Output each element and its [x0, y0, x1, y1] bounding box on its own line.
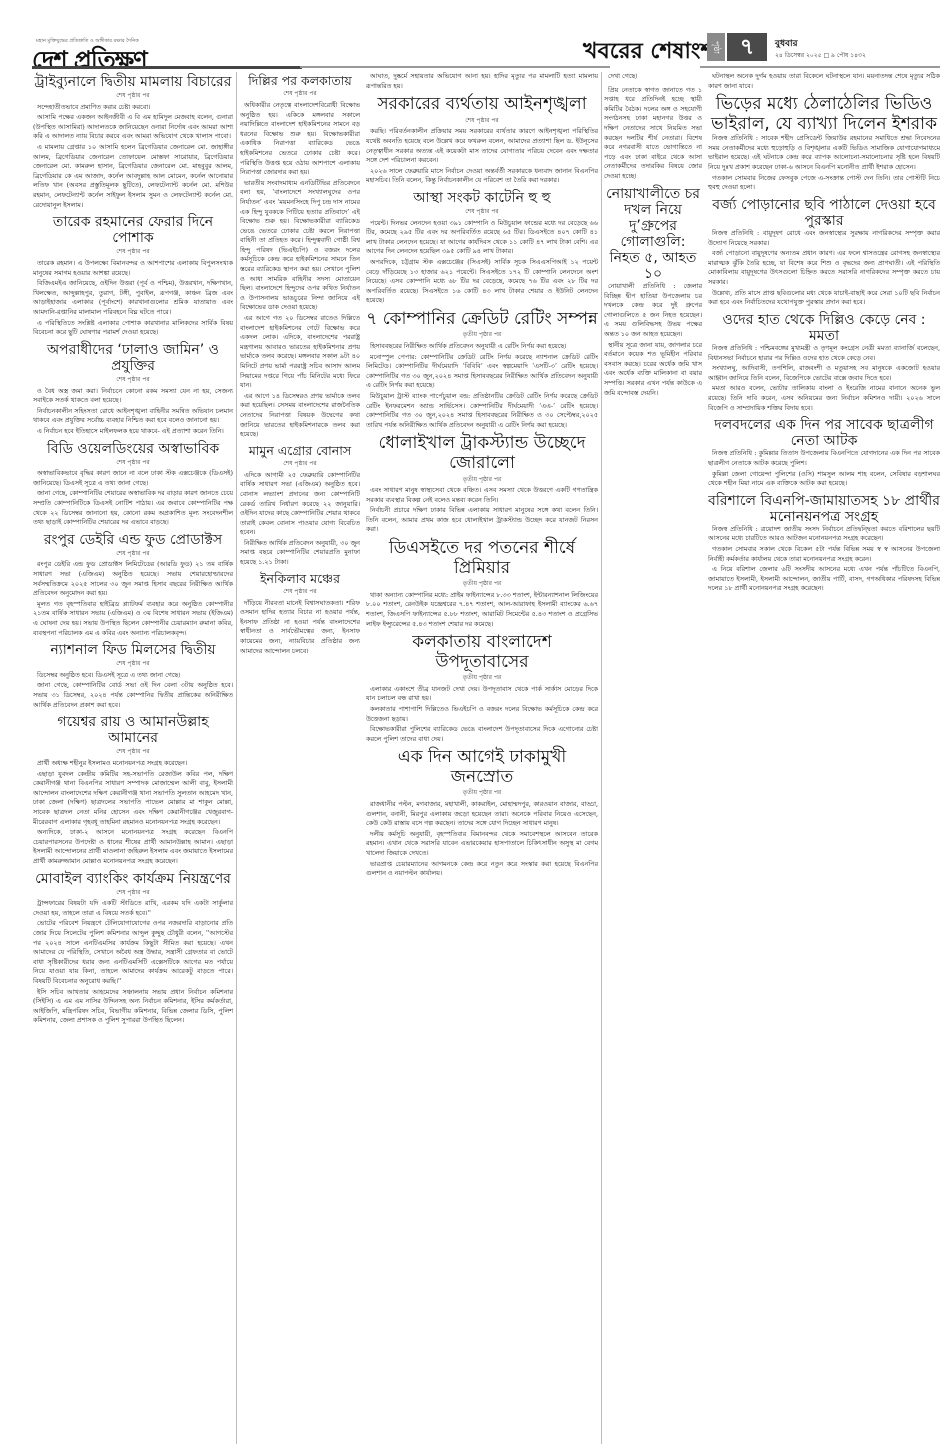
article-headline[interactable]: বরিশালে বিএনপি-জামায়াতসহ ১৮ প্রার্থীর ম… — [708, 493, 940, 525]
article-paragraph: অন্যদিকে, ঢাকা-২ আসনে মনোনয়নপত্র সংগ্রহ… — [33, 828, 233, 866]
column-5: ঘটনাস্থল অনেক দুর্গম হওয়ায় তারা বিকেলে… — [708, 72, 940, 1444]
article-paragraph: মিউচুয়াল ট্রাস্ট ব্যাংক পার্পেচুয়াল বন… — [366, 392, 598, 430]
continued-from-label: শেষ পৃষ্ঠার পর — [33, 747, 233, 757]
article-paragraph: সন্দেহাতীতভাবে প্রমাণিত করার চেষ্টা করবো… — [33, 103, 233, 113]
continued-from-label: শেষ পৃষ্ঠার পর — [33, 549, 233, 559]
article-paragraph: রাজধানীর পল্টন, মগবাজার, মহাখালী, কাকরাই… — [366, 800, 598, 829]
article-headline[interactable]: ট্রাইব্যুনালে দ্বিতীয় মামলায় বিচারের — [33, 74, 233, 90]
article-headline[interactable]: ভিড়ের মধ্যে ঠেলাঠেলির ভিডিও ভাইরাল, যে … — [708, 95, 940, 134]
continued-from-label: তৃতীয় পৃষ্ঠার পর — [366, 475, 598, 485]
article-paragraph: বিক্ষোভকারীরা পুলিশের ব্যারিকেড ভেঙে বাং… — [366, 725, 598, 744]
article-paragraph: এছাড়া যুবদল কেন্দ্রীয় কমিটির সহ-সভাপতি… — [33, 770, 233, 828]
article-paragraph: মনোস্পুল পেপার: কোম্পানিটির ক্রেডিট রেটি… — [366, 353, 598, 391]
issue-date: ২৪ ডিসেম্বর ২০২৫ □ ৯ পৌষ ১৪৩২ — [775, 50, 866, 61]
article-paragraph: প্রার্থী অধ্যক্ষ শহীনুর ইসলামও মনোনয়নপত… — [33, 759, 233, 769]
article-headline[interactable]: আস্থা সংকট কাটেনি হু হু — [366, 190, 598, 206]
masthead: মহান মুক্তিযুদ্ধের প্রতিশ্রুতি ও অঙ্গীকা… — [0, 0, 945, 62]
news-article: বিডি ওয়েলডিংয়ের অস্বাভাবিকশেষ পৃষ্ঠার … — [33, 441, 233, 528]
news-article: ধোলাইখাল ট্রাকস্ট্যান্ড উচ্ছেদে জোরালোতৃ… — [366, 434, 598, 535]
continued-from-label: শেষ পৃষ্ঠার পর — [33, 659, 233, 669]
article-paragraph: অধিকারীর নেতৃত্বে বাংলাদেশবিরোধী বিক্ষোভ… — [240, 101, 360, 178]
article-paragraph: নিজস্ব প্রতিনিধি : পশ্চিমবঙ্গের মুখ্যমন্… — [708, 344, 940, 363]
news-article: ইনকিলাব মঞ্চেরশেষ পৃষ্ঠার পরদাঁড়িয়ে নী… — [240, 572, 360, 657]
article-paragraph: নোয়াখালী প্রতিনিধি : জেলার বিচ্ছিন্ন দ্… — [604, 282, 702, 340]
continued-from-label: তৃতীয় পৃষ্ঠার পর — [366, 788, 598, 798]
article-headline[interactable]: ওদের হাত থেকে দিল্লিও কেড়ে নেব : মমতা — [708, 312, 940, 344]
news-article: বর্জ্য পোড়ানোর ছবি পাঠালে দেওয়া হবে পু… — [708, 197, 940, 308]
header-rule-mid — [300, 66, 610, 68]
article-headline[interactable]: দিল্লির পর কলকাতায় — [240, 74, 360, 88]
article-paragraph: এর আগে গত ২০ ডিসেম্বর রাতেও দিল্লিতে বাং… — [240, 314, 360, 391]
article-carryover-text: ঘটনাস্থল অনেক দুর্গম হওয়ায় তারা বিকেলে… — [708, 72, 940, 91]
article-paragraph: এর আগে ১৪ ডিসেম্বরও প্রণয় ভার্মাকে তলব … — [240, 392, 360, 440]
article-paragraph: সংখ্যালঘু, আদিবাসী, তপশিলি, রাজবংশী ও মত… — [708, 364, 940, 383]
article-paragraph: ভোটের পরিবেশ নিয়ন্ত্রণে টেলিযোগাযোগের ও… — [33, 919, 233, 986]
article-paragraph: জানা গেছে, কোম্পানিটির বোর্ড সভা ওই দিন … — [33, 681, 233, 710]
article-paragraph: এ নিয়ে বরিশাল জেলার ৬টি সংসদীয় আসনের ম… — [708, 565, 940, 594]
article-headline[interactable]: ৭ কোম্পানির ক্রেডিট রেটিং সম্পন্ন — [366, 310, 598, 330]
news-article: ঘটনাস্থল অনেক দুর্গম হওয়ায় তারা বিকেলে… — [708, 72, 940, 91]
continued-from-label: শেষ পৃষ্ঠার পর — [240, 459, 360, 469]
news-article: আস্থা সংকট কাটেনি হু হুশেষ পৃষ্ঠার পরপয়… — [366, 190, 598, 306]
column-3: আঘাত, দুষ্কর্মে সহায়তার অভিযোগ আনা হয়।… — [366, 72, 598, 1444]
news-article: ট্রাইব্যুনালে দ্বিতীয় মামলায় বিচারেরশে… — [33, 74, 233, 210]
continued-from-label: শেষ পৃষ্ঠার পর — [240, 89, 360, 99]
article-headline[interactable]: বর্জ্য পোড়ানোর ছবি পাঠালে দেওয়া হবে পু… — [708, 197, 940, 229]
article-paragraph: নির্বাচনকালীন সহিংসতা রোধে আইনশৃঙ্খলা বা… — [33, 407, 233, 426]
article-headline[interactable]: বিডি ওয়েলডিংয়ের অস্বাভাবিক — [33, 441, 233, 457]
article-headline[interactable]: রংপুর ডেইরি এন্ড ফুড প্রোডাক্টস — [33, 532, 233, 548]
article-headline[interactable]: মামুন এগ্রোর বোনাস — [240, 444, 360, 458]
header-rule-left — [32, 66, 302, 69]
page-number: ৭ — [727, 33, 767, 61]
article-headline[interactable]: কলকাতায় বাংলাদেশ উপদূতাবাসের — [366, 633, 598, 672]
continued-from-label: তৃতীয় পৃষ্ঠার পর — [366, 579, 598, 589]
header-rule-right — [700, 66, 940, 68]
article-headline[interactable]: ধোলাইখাল ট্রাকস্ট্যান্ড উচ্ছেদে জোরালো — [366, 434, 598, 473]
article-paragraph: নিজস্ব প্রতিনিধি : ত্রয়োদশ জাতীয় সংসদ … — [708, 525, 940, 544]
news-article: তারেক রহমানের ফেরার দিনে পোশাকশেষ পৃষ্ঠা… — [33, 214, 233, 338]
continued-from-label: শেষ পৃষ্ঠার পর — [33, 91, 233, 101]
article-paragraph: ডিসেম্বর অনুষ্ঠিত হবে। ডিএসই সূত্রে এ তথ… — [33, 671, 233, 681]
news-article: ৭ কোম্পানির ক্রেডিট রেটিং সম্পন্নতৃতীয় … — [366, 310, 598, 430]
news-article: ডিএসইতে দর পতনের শীর্ষে প্রিমিয়ারতৃতীয়… — [366, 539, 598, 629]
article-paragraph: ট্রান্সফারের বিষয়টা যদি একটি স্টাডিতে র… — [33, 899, 233, 918]
article-paragraph: জানা গেছে, কোম্পানিটির শেয়ারের অস্বাভাব… — [33, 489, 233, 527]
article-paragraph: ২০২৬ সালে ফেব্রুয়ারি মাসে নির্বাচন দেওয… — [366, 167, 598, 186]
article-paragraph: ইসি সচিব আখতার আহমেদের সঞ্চালনায় সভায় … — [33, 988, 233, 1026]
article-paragraph: হিসাববছরের নিরীক্ষিত আর্থিক প্রতিবেদন অন… — [366, 342, 598, 352]
article-paragraph: উল্লেখ্য, প্রতি মাসে প্রাপ্ত ছবিগুলোর মধ… — [708, 289, 940, 308]
article-paragraph: থাকা অন্যান্য কোম্পানির মধ্যে: প্রাইম ফা… — [366, 591, 598, 629]
article-paragraph: এবং সাধারণ মানুষ স্বাস্থ্যসেবা থেকে বঞ্চ… — [366, 486, 598, 505]
article-headline[interactable]: সরকারের ব্যর্থতায় আইনশৃঙ্খলা — [366, 95, 598, 115]
article-paragraph: অস্বাভাবিকভাবে বৃদ্ধির কারণ জানে না বলে … — [33, 469, 233, 488]
article-paragraph: মমতা আরও বলেন, ভোটার তালিকায় বাংলা ও ইং… — [708, 384, 940, 413]
article-paragraph: মূলত গত বৃহস্পতিবার হাইব্রিড প্ল্যাটফর্ম… — [33, 600, 233, 638]
news-article: আঘাত, দুষ্কর্মে সহায়তার অভিযোগ আনা হয়।… — [366, 72, 598, 91]
article-paragraph: দলীয় কর্মসূচি অনুযায়ী, বৃহস্পতিবার বিম… — [366, 830, 598, 859]
article-paragraph: এদিকে আগামী ২৫ ফেব্রুয়ারি কোম্পানিটির ব… — [240, 471, 360, 538]
continued-from-label: তৃতীয় পৃষ্ঠার পর — [366, 330, 598, 340]
article-headline[interactable]: মোবাইল ব্যাংকিং কার্যক্রম নিয়ন্ত্রণের — [33, 871, 233, 887]
continued-from-label: তৃতীয় পৃষ্ঠার পর — [366, 673, 598, 683]
news-article: ভিড়ের মধ্যে ঠেলাঠেলির ভিডিও ভাইরাল, যে … — [708, 95, 940, 193]
article-paragraph: প্রিয় নেতাকে স্বাগত জানাতে গত ১ সপ্তাহ … — [604, 86, 702, 182]
article-carryover-text: দেখা গেছে। — [604, 72, 702, 82]
continued-from-label: শেষ পৃষ্ঠার পর — [366, 116, 598, 126]
article-headline[interactable]: ডিএসইতে দর পতনের শীর্ষে প্রিমিয়ার — [366, 539, 598, 578]
news-article: প্রিয় নেতাকে স্বাগত জানাতে গত ১ সপ্তাহ … — [604, 86, 702, 182]
article-paragraph: নিজস্ব প্রতিনিধি : কুমিল্লার তিতাস উপজেল… — [708, 449, 940, 468]
article-paragraph: রংপুর ডেইরি এন্ড ফুড প্রোডাক্টস লিমিটেডে… — [33, 560, 233, 598]
column-divider — [236, 72, 237, 1444]
news-article: নোয়াখালীতে চর দখল নিয়ে দু’গ্রুপের গোলা… — [604, 186, 702, 399]
continued-from-label: শেষ পৃষ্ঠার পর — [366, 207, 598, 217]
article-paragraph: বিজিএমইএ জানিয়েছে, ওইদিন উত্তরা (পূর্ব … — [33, 279, 233, 317]
news-article: দেখা গেছে। — [604, 72, 702, 82]
continued-from-label: শেষ পৃষ্ঠার পর — [33, 458, 233, 468]
news-article: মোবাইল ব্যাংকিং কার্যক্রম নিয়ন্ত্রণেরশে… — [33, 871, 233, 1026]
continued-from-label: শেষ পৃষ্ঠার পর — [33, 247, 233, 257]
article-headline[interactable]: ন্যাশনাল ফিড মিলসের দ্বিতীয় — [33, 642, 233, 658]
continued-from-label: শেষ পৃষ্ঠার পর — [33, 375, 233, 385]
article-headline[interactable]: দলবদলের এক দিন পর সাবেক ছাত্রলীগ নেতা আট… — [708, 417, 940, 449]
article-paragraph: পয়েন্ট। দিনভর লেনদেন হওয়া ৩৯১ কোম্পানি… — [366, 219, 598, 257]
article-paragraph: অপরদিকে, চট্টগ্রাম স্টক এক্সচেঞ্জের (সিএ… — [366, 258, 598, 306]
news-article: বরিশালে বিএনপি-জামায়াতসহ ১৮ প্রার্থীর ম… — [708, 493, 940, 594]
news-article: গয়েশ্বর রায় ও আমানউল্লাহ আমানেরশেষ পৃষ… — [33, 714, 233, 866]
article-paragraph: আসামি পক্ষের একজন আইনজীবী এ বি এম হামিদু… — [33, 113, 233, 142]
news-article: অপরাধীদের ‘ঢালাও জামিন’ ও প্রযুক্তিরশেষ … — [33, 342, 233, 437]
news-article: দলবদলের এক দিন পর সাবেক ছাত্রলীগ নেতা আট… — [708, 417, 940, 489]
article-paragraph: দাঁড়িয়ে নীরবতা মানেই বিশ্বাসঘাতকতা। শর… — [240, 599, 360, 657]
column-2: দিল্লির পর কলকাতায়শেষ পৃষ্ঠার পরঅধিকারী… — [240, 72, 360, 1444]
article-headline[interactable]: এক দিন আগেই ঢাকামুখী জনস্রোত — [366, 748, 598, 787]
column-4: দেখা গেছে।প্রিয় নেতাকে স্বাগত জানাতে গত… — [604, 72, 702, 1444]
weekday: বুধবার — [775, 36, 798, 51]
article-paragraph: এলাকার একাংশে তীব্র যানজট দেখা দেয়। উপদ… — [366, 685, 598, 704]
article-paragraph: গতকাল সোমবার নিজের ফেসবুক পেজে এ-সংক্রান… — [708, 174, 940, 193]
continued-from-label: শেষ পৃষ্ঠার পর — [33, 888, 233, 898]
column-divider — [601, 72, 602, 1444]
article-paragraph: স্থানীয় সূত্রে জানা যায়, জাগলার চরে বর… — [604, 341, 702, 399]
article-paragraph: ভারপ্রাপ্ত চেয়ারম্যানের আগমনকে কেন্দ্র … — [366, 860, 598, 879]
article-paragraph: এ মামলায় গ্রেপ্তার ১০ আসামি হলেন ব্রিগে… — [33, 143, 233, 210]
article-paragraph: কলকাতার পাশাপাশি দিল্লিতেও ভিএইচপি ও বজর… — [366, 705, 598, 724]
continued-from-label: শেষ পৃষ্ঠার পর — [240, 587, 360, 597]
article-paragraph: বর্জ্য পোড়ানো বায়ুদূষণের অন্যতম প্রধান… — [708, 249, 940, 287]
article-paragraph: ও বৈধ অস্ত্র জমা করা। নির্বাচনে কোনো রকম… — [33, 387, 233, 406]
news-article: এক দিন আগেই ঢাকামুখী জনস্রোততৃতীয় পৃষ্ঠ… — [366, 748, 598, 878]
news-article: কলকাতায় বাংলাদেশ উপদূতাবাসেরতৃতীয় পৃষ্… — [366, 633, 598, 744]
news-article: দিল্লির পর কলকাতায়শেষ পৃষ্ঠার পরঅধিকারী… — [240, 74, 360, 440]
article-headline[interactable]: তারেক রহমানের ফেরার দিনে পোশাক — [33, 214, 233, 246]
article-paragraph: এ নির্বাচন হবে ইতিহাসে মাইলফলক হয়ে থাকব… — [33, 427, 233, 437]
article-paragraph: তারেক রহমান। এ উপলক্ষ্যে বিমানবন্দর ও আশ… — [33, 259, 233, 278]
article-paragraph: করছি। পরিবর্তনকালীন প্রক্রিয়ার সময় সরক… — [366, 127, 598, 165]
article-headline[interactable]: অপরাধীদের ‘ঢালাও জামিন’ ও প্রযুক্তির — [33, 342, 233, 374]
news-article: ন্যাশনাল ফিড মিলসের দ্বিতীয়শেষ পৃষ্ঠার … — [33, 642, 233, 710]
article-headline[interactable]: নোয়াখালীতে চর দখল নিয়ে দু’গ্রুপের গোলা… — [604, 186, 702, 283]
column-1: ট্রাইব্যুনালে দ্বিতীয় মামলায় বিচারেরশে… — [33, 72, 233, 1444]
article-carryover-text: আঘাত, দুষ্কর্মে সহায়তার অভিযোগ আনা হয়।… — [366, 72, 598, 91]
article-paragraph: নির্বাচনী প্রচারে দক্ষিণ ঢাকার বিভিন্ন এ… — [366, 506, 598, 535]
article-paragraph: নিজস্ব প্রতিনিধি : সাবেক শহীদ প্রেসিডেন্… — [708, 134, 940, 172]
article-paragraph: এ পরিস্থিতিতে সংশ্লিষ্ট এলাকার পোশাক কার… — [33, 319, 233, 338]
news-article: সরকারের ব্যর্থতায় আইনশৃঙ্খলাশেষ পৃষ্ঠার… — [366, 95, 598, 186]
article-paragraph: কুমিল্লা জেলা গোয়েন্দা পুলিশের (ওসি) শা… — [708, 470, 940, 489]
article-headline[interactable]: গয়েশ্বর রায় ও আমানউল্লাহ আমানের — [33, 714, 233, 746]
news-article: ওদের হাত থেকে দিল্লিও কেড়ে নেব : মমতানি… — [708, 312, 940, 413]
page-label: পৃষ্ঠা — [707, 33, 725, 61]
article-paragraph: নিরীক্ষিত আর্থিক প্রতিবেদন অনুযায়ী, ৩০ … — [240, 539, 360, 568]
article-headline[interactable]: ইনকিলাব মঞ্চের — [240, 572, 360, 586]
article-paragraph: ভারতীয় সংবাদমাধ্যম এনডিটিভির প্রতিবেদনে… — [240, 179, 360, 313]
article-paragraph: গতকাল সোমবার সকাল থেকে বিকেল ৫টা পর্যন্ত… — [708, 545, 940, 564]
news-article: রংপুর ডেইরি এন্ড ফুড প্রোডাক্টসশেষ পৃষ্ঠ… — [33, 532, 233, 638]
news-article: মামুন এগ্রোর বোনাসশেষ পৃষ্ঠার পরএদিকে আগ… — [240, 444, 360, 568]
article-paragraph: নিজস্ব প্রতিনিধি : বায়ুদূষণ রোধে এবং জন… — [708, 229, 940, 248]
